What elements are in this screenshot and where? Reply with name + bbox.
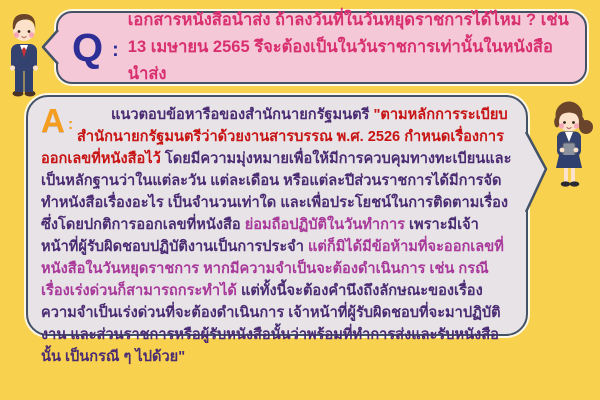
answer-text: แนวตอบข้อหารือของสำนักนายกรัฐมนตรี "ตามห… xyxy=(41,104,513,368)
answer-label-colon: : xyxy=(68,116,73,134)
question-bubble-tail xyxy=(41,28,59,66)
answer-segment-magenta: ย่อมถือปฏิบัติในวันทำการ xyxy=(245,217,409,233)
male-officer-illustration xyxy=(2,9,46,97)
answer-bubble: A : แนวตอบข้อหารือของสำนักนายกรัฐมนตรี "… xyxy=(26,95,528,336)
answer-segment-normal: แนวตอบข้อหารือของสำนักนายกรัฐมนตรี xyxy=(111,107,373,123)
question-label: Q xyxy=(72,28,103,68)
question-text: เอกสารหนังสือนำส่ง ถ้าลงวันที่ในวันหยุดร… xyxy=(128,7,573,88)
female-officer-illustration xyxy=(545,100,595,190)
answer-label: A xyxy=(41,104,65,139)
question-bubble: Q : เอกสารหนังสือนำส่ง ถ้าลงวันที่ในวันห… xyxy=(56,11,587,84)
infographic-scene: Q : เอกสารหนังสือนำส่ง ถ้าลงวันที่ในวันห… xyxy=(0,0,600,400)
answer-label-wrap: A : xyxy=(41,104,77,148)
question-label-colon: : xyxy=(112,39,119,62)
